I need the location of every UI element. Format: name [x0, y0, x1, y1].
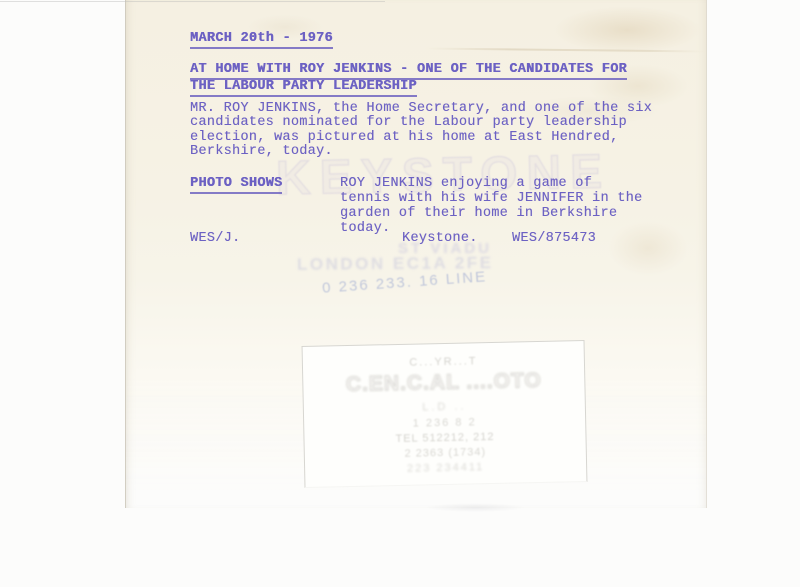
photo-shows-label: PHOTO SHOWS — [190, 176, 282, 194]
pasted-label: C...YR...T C.EN.C.AL ....OTO L.D .. 1 23… — [302, 340, 588, 488]
photo-caption: ROY JENKINS enjoying a game of tennis wi… — [340, 176, 642, 236]
body-paragraph: MR. ROY JENKINS, the Home Secretary, and… — [190, 102, 652, 159]
reference-right: WES/875473 — [512, 231, 596, 246]
body-line: election, was pictured at his home at Ea… — [190, 131, 652, 145]
caption-line: ROY JENKINS enjoying a game of — [340, 176, 642, 191]
date-text: MARCH 20th - 1976 — [190, 31, 333, 49]
headline-line-1: AT HOME WITH ROY JENKINS - ONE OF THE CA… — [190, 62, 627, 80]
illegible-stamp-line: L.D .. — [304, 398, 585, 416]
body-line: candidates nominated for the Labour part… — [190, 116, 652, 130]
illegible-stamp-line: C.EN.C.AL ....OTO — [303, 368, 584, 398]
reference-left: WES/J. — [190, 231, 240, 246]
caption-line: tennis with his wife JENNIFER in the — [340, 191, 642, 206]
caption-line: today. — [340, 221, 642, 236]
illegible-stamp-line: 223 234411 — [305, 459, 586, 477]
body-line: MR. ROY JENKINS, the Home Secretary, and… — [190, 102, 652, 116]
scan-edge-line — [0, 1, 385, 2]
date-line: MARCH 20th - 1976 — [190, 31, 333, 49]
photo-shows-text: PHOTO SHOWS — [190, 176, 282, 194]
agency-credit: Keystone. — [402, 231, 478, 246]
headline-line-2: THE LABOUR PARTY LEADERSHIP — [190, 79, 417, 97]
body-line: Berkshire, today. — [190, 145, 652, 159]
headline-text-2: THE LABOUR PARTY LEADERSHIP — [190, 79, 417, 97]
paper-smudge — [425, 503, 525, 512]
caption-line: garden of their home in Berkshire — [340, 206, 642, 221]
headline-text-1: AT HOME WITH ROY JENKINS - ONE OF THE CA… — [190, 62, 627, 80]
